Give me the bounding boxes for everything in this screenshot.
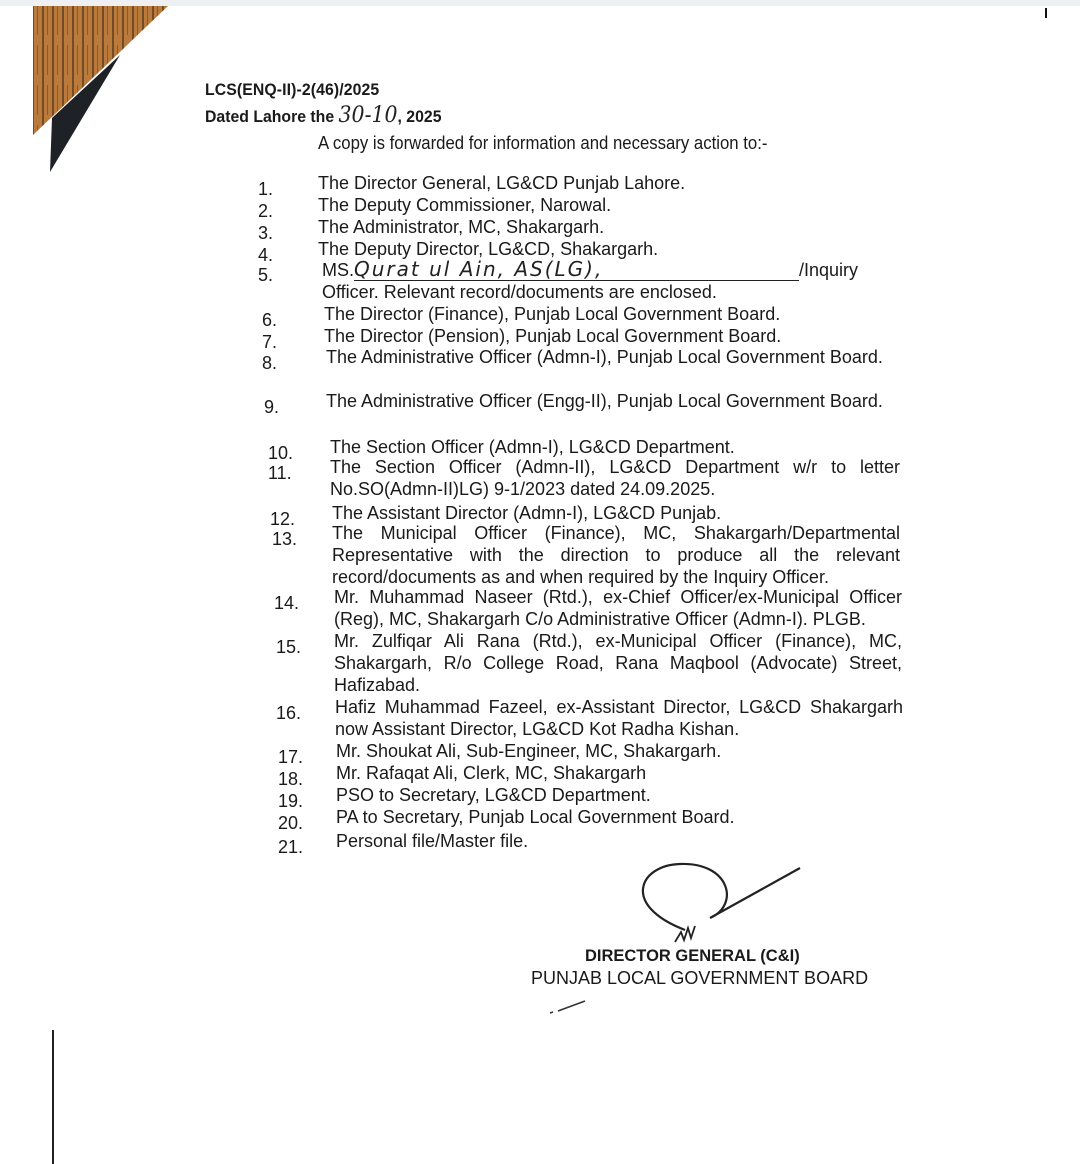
recipient-text: PA to Secretary, Punjab Local Government… [336, 806, 876, 828]
dated-prefix: Dated Lahore the [205, 107, 334, 126]
recipient-text: Mr. Rafaqat Ali, Clerk, MC, Shakargarh [336, 762, 876, 784]
recipient-number: 12. [270, 508, 310, 530]
recipient-text: Mr. Zulfiqar Ali Rana (Rtd.), ex-Municip… [334, 630, 902, 696]
recipient-number: 11. [268, 462, 308, 484]
recipient-text: The Administrative Officer (Engg-II), Pu… [326, 390, 898, 412]
recipient-text: The Municipal Officer (Finance), MC, Sha… [332, 522, 900, 588]
recipient-number: 10. [268, 442, 308, 464]
recipient-number: 15. [276, 636, 316, 658]
recipient-text: The Administrator, MC, Shakargarh. [318, 216, 738, 238]
salutation: MS. [322, 260, 354, 280]
recipient-text: Hafiz Muhammad Fazeel, ex-Assistant Dire… [335, 696, 903, 740]
recipient-text: Mr. Muhammad Naseer (Rtd.), ex-Chief Off… [334, 586, 902, 630]
recipient-number: 21. [278, 836, 318, 858]
signature-mark [560, 850, 820, 950]
recipient-number: 3. [258, 222, 298, 244]
recipient-number: 6. [262, 309, 302, 331]
recipient-number: 8. [262, 352, 302, 374]
recipient-number: 16. [276, 702, 316, 724]
recipient-text: The Administrative Officer (Admn-I), Pun… [326, 346, 898, 368]
signatory-organization: PUNJAB LOCAL GOVERNMENT BOARD [531, 968, 868, 989]
recipient-number: 4. [258, 244, 298, 266]
recipient-number: 14. [274, 592, 314, 614]
recipient-text: The Director (Finance), Punjab Local Gov… [324, 303, 824, 325]
handwritten-date: 30-10 [339, 103, 398, 128]
recipient-text: Personal file/Master file. [336, 830, 876, 852]
signatory-title: DIRECTOR GENERAL (C&I) [585, 946, 800, 966]
pen-scribble [540, 995, 600, 1020]
reference-number: LCS(ENQ-II)-2(46)/2025 [205, 80, 379, 100]
letter-page: LCS(ENQ-II)-2(46)/2025 Dated Lahore the … [0, 0, 1080, 1164]
recipient-number: 5. [258, 264, 298, 286]
recipient-text: The Director General, LG&CD Punjab Lahor… [318, 172, 738, 194]
recipient-text: The Section Officer (Admn-I), LG&CD Depa… [330, 436, 900, 458]
recipient-text: MS.Qurat ul Ain, AS(LG),/InquiryOfficer.… [322, 258, 882, 303]
recipient-number: 20. [278, 812, 318, 834]
handwritten-inquiry-officer-name: Qurat ul Ain, AS(LG), [354, 258, 799, 281]
dated-line: Dated Lahore the 30-10, 2025 [205, 103, 441, 128]
recipient-text: PSO to Secretary, LG&CD Department. [336, 784, 876, 806]
recipient-text: Mr. Shoukat Ali, Sub-Engineer, MC, Shaka… [336, 740, 876, 762]
recipient-number: 9. [264, 396, 304, 418]
recipient-text: The Assistant Director (Admn-I), LG&CD P… [332, 502, 900, 524]
recipient-number: 17. [278, 746, 318, 768]
recipient-number: 7. [262, 331, 302, 353]
recipient-text: The Section Officer (Admn-II), LG&CD Dep… [330, 456, 900, 500]
forwarding-intro: A copy is forwarded for information and … [318, 133, 767, 154]
recipient-number: 18. [278, 768, 318, 790]
recipient-number: 13. [272, 528, 312, 550]
recipient-number: 2. [258, 200, 298, 222]
recipient-text: The Deputy Commissioner, Narowal. [318, 194, 738, 216]
inquiry-continuation: Officer. Relevant record/documents are e… [322, 281, 882, 303]
dated-year: , 2025 [398, 107, 442, 126]
inquiry-suffix: /Inquiry [799, 260, 858, 280]
recipient-text: The Director (Pension), Punjab Local Gov… [324, 325, 824, 347]
recipient-number: 19. [278, 790, 318, 812]
recipient-number: 1. [258, 178, 298, 200]
